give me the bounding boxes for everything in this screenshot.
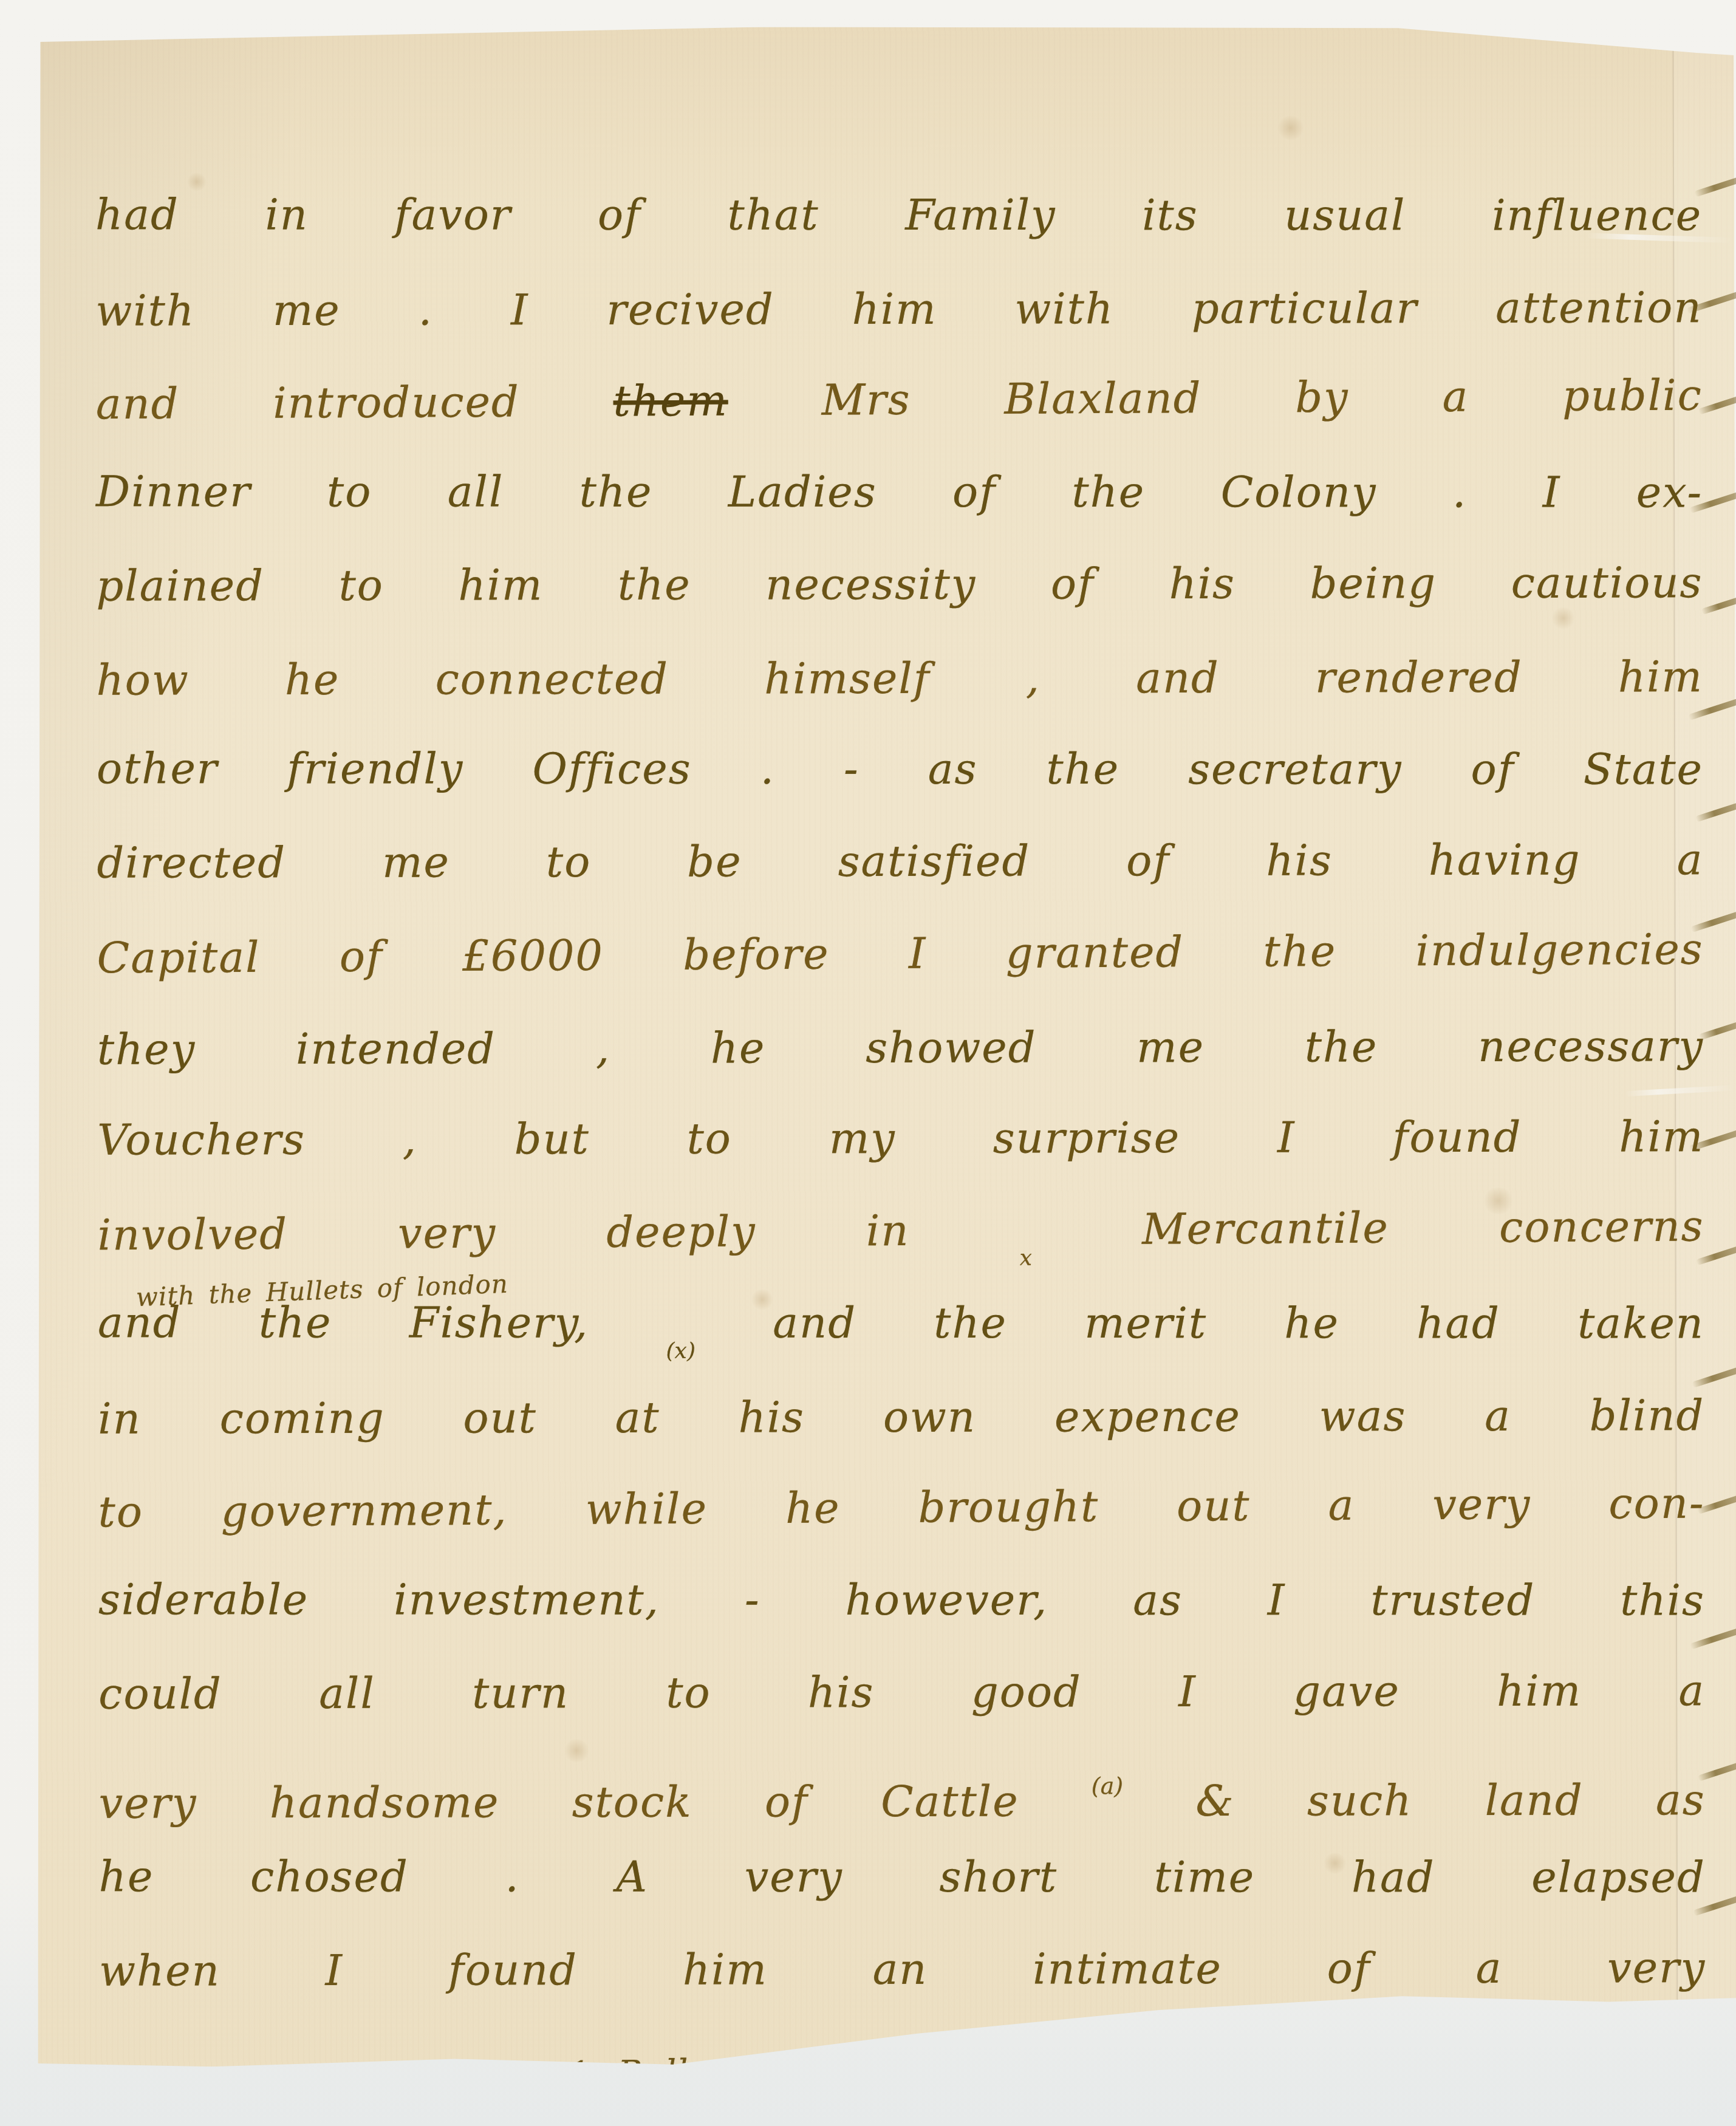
manuscript-line: had in favor of that Family its usual in… xyxy=(95,168,1702,261)
manuscript-line: very handsome stock of Cattle (a) & such… xyxy=(98,1738,1705,1834)
line-text: and introduced xyxy=(96,377,613,429)
manuscript-line: with me . I recived him with particular … xyxy=(95,261,1702,357)
letter-body: had in favor of that Family its usual in… xyxy=(95,167,1706,2017)
manuscript-line: involved very deeply in x Mercantile con… xyxy=(97,1180,1704,1282)
footnote: (a) 60 Cows 4 Oxen & 1 Bull. 30 Ewes 1 R… xyxy=(73,2040,1288,2102)
line-text: Mrs Blaxland by a public xyxy=(821,371,1703,425)
manuscript-line: and introduced them Mrs Blaxland by a pu… xyxy=(95,349,1703,451)
caret-mark: (x) xyxy=(666,1339,695,1364)
manuscript-line: other friendly Offices . - as the secret… xyxy=(97,722,1703,815)
letter-page: had in favor of that Family its usual in… xyxy=(31,24,1736,2068)
manuscript-line: Vouchers , but to my surprise I found hi… xyxy=(97,1090,1704,1186)
manuscript-line: directed me to be satisfied of his havin… xyxy=(97,813,1703,909)
manuscript-line: plained to him the necessity of his bein… xyxy=(96,536,1703,632)
manuscript-line: he chosed . A very short time had elapse… xyxy=(99,1830,1706,1923)
scanned-manuscript: { "document": { "type": "handwritten let… xyxy=(0,0,1736,2126)
footnote-marker: (a) xyxy=(1092,1772,1123,1799)
struck-word: them xyxy=(613,376,728,426)
manuscript-line: they intended , he showed me the necessa… xyxy=(97,1000,1704,1096)
foxing-spot xyxy=(1277,116,1305,140)
manuscript-line: Dinner to all the Ladies of the Colony .… xyxy=(96,445,1703,538)
manuscript-line: when I found him an intimate of a very xyxy=(99,1921,1706,2017)
manuscript-line: in coming out at his own expence was a b… xyxy=(98,1369,1704,1465)
manuscript-line: siderable investment, - however, as I tr… xyxy=(98,1553,1705,1646)
manuscript-line: to government, while he brought out a ve… xyxy=(98,1457,1705,1559)
line-text: involved very deeply in xyxy=(97,1205,1019,1260)
line-text: Mercantile concerns xyxy=(1142,1201,1704,1254)
manuscript-line: how he connected himself , and rendered … xyxy=(97,631,1703,726)
manuscript-line: Capital of £6000 before I granted the in… xyxy=(97,903,1704,1005)
caret-mark: x xyxy=(1020,1246,1033,1271)
line-text: very handsome stock of Cattle xyxy=(99,1777,1019,1828)
line-text: & such land as xyxy=(1195,1775,1705,1826)
line-text: and the merit he had taken xyxy=(773,1298,1704,1348)
manuscript-line: could all turn to his good I gave him a xyxy=(98,1644,1705,1740)
